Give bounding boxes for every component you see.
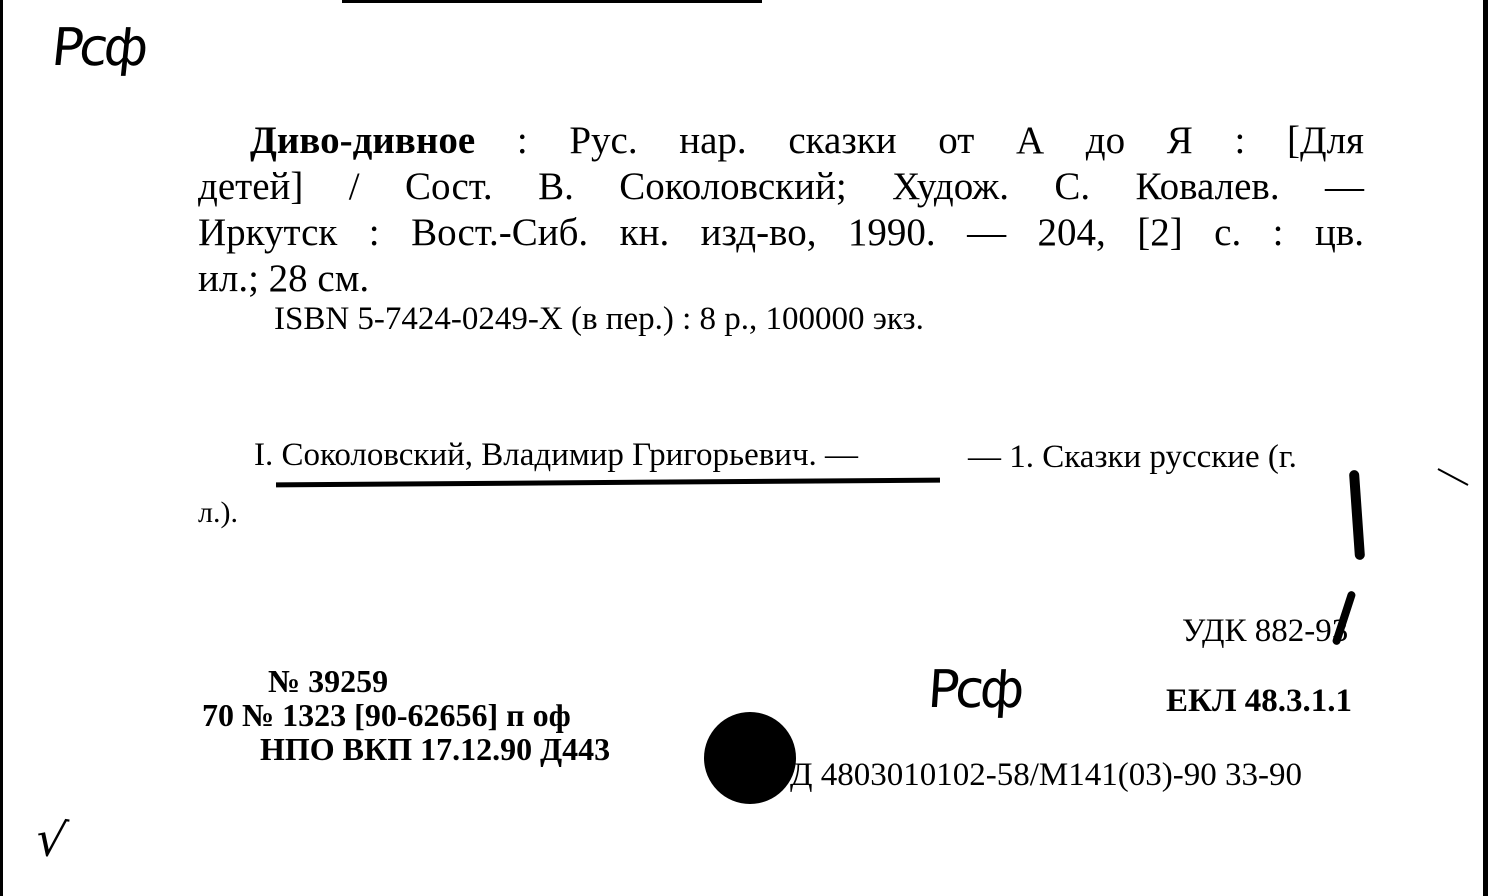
print-info: № 39259 70 № 1323 [90-62656] п оф НПО ВК…: [202, 664, 610, 766]
catalog-card: Рсф Диво-дивное : Рус. нар. сказки от А …: [0, 0, 1488, 896]
print-info-line-3: НПО ВКП 17.12.90 Д443: [202, 732, 610, 766]
print-info-line-1: № 39259: [202, 664, 610, 698]
title-continuation: : Рус. нар. сказки от А до Я : [Для: [475, 119, 1364, 162]
punch-hole: [704, 712, 796, 804]
handwritten-underline: [276, 478, 940, 488]
ink-mark: [1349, 470, 1365, 560]
subject-tracing-continuation: л.).: [198, 490, 238, 536]
udk-code: УДК 882-93: [1182, 608, 1348, 654]
main-entry-line-2: детей] / Сост. В. Соколовский; Худож. С.…: [198, 164, 1364, 210]
handwritten-annotation-top: Рсф: [49, 18, 148, 78]
card-edge-right: [1483, 0, 1488, 896]
card-edge-left: [0, 0, 3, 896]
ekl-code: ЕКЛ 48.3.1.1: [1166, 678, 1352, 724]
card-edge-top: [342, 0, 762, 3]
main-entry-line-3: Иркутск : Вост.-Сиб. кн. изд-во, 1990. —…: [198, 210, 1364, 256]
subject-tracing: — 1. Сказки русские (г.: [968, 434, 1297, 480]
isbn-line: ISBN 5-7424-0249-X (в пер.) : 8 р., 1000…: [274, 296, 924, 342]
book-title: Диво-дивное: [250, 119, 475, 162]
print-info-line-2: 70 № 1323 [90-62656] п оф: [202, 698, 610, 732]
publisher-code: Д 4803010102-58/М141(03)-90 33-90: [790, 752, 1302, 798]
handwritten-annotation-middle: Рсф: [926, 660, 1023, 720]
main-entry: Диво-дивное : Рус. нар. сказки от А до Я…: [198, 118, 1364, 302]
ink-stroke-right: [1438, 468, 1469, 486]
added-entry-tracing: I. Соколовский, Владимир Григорьевич. —: [254, 432, 858, 478]
checkmark-icon: √: [32, 810, 70, 870]
main-entry-line-1: Диво-дивное : Рус. нар. сказки от А до Я…: [198, 118, 1364, 164]
